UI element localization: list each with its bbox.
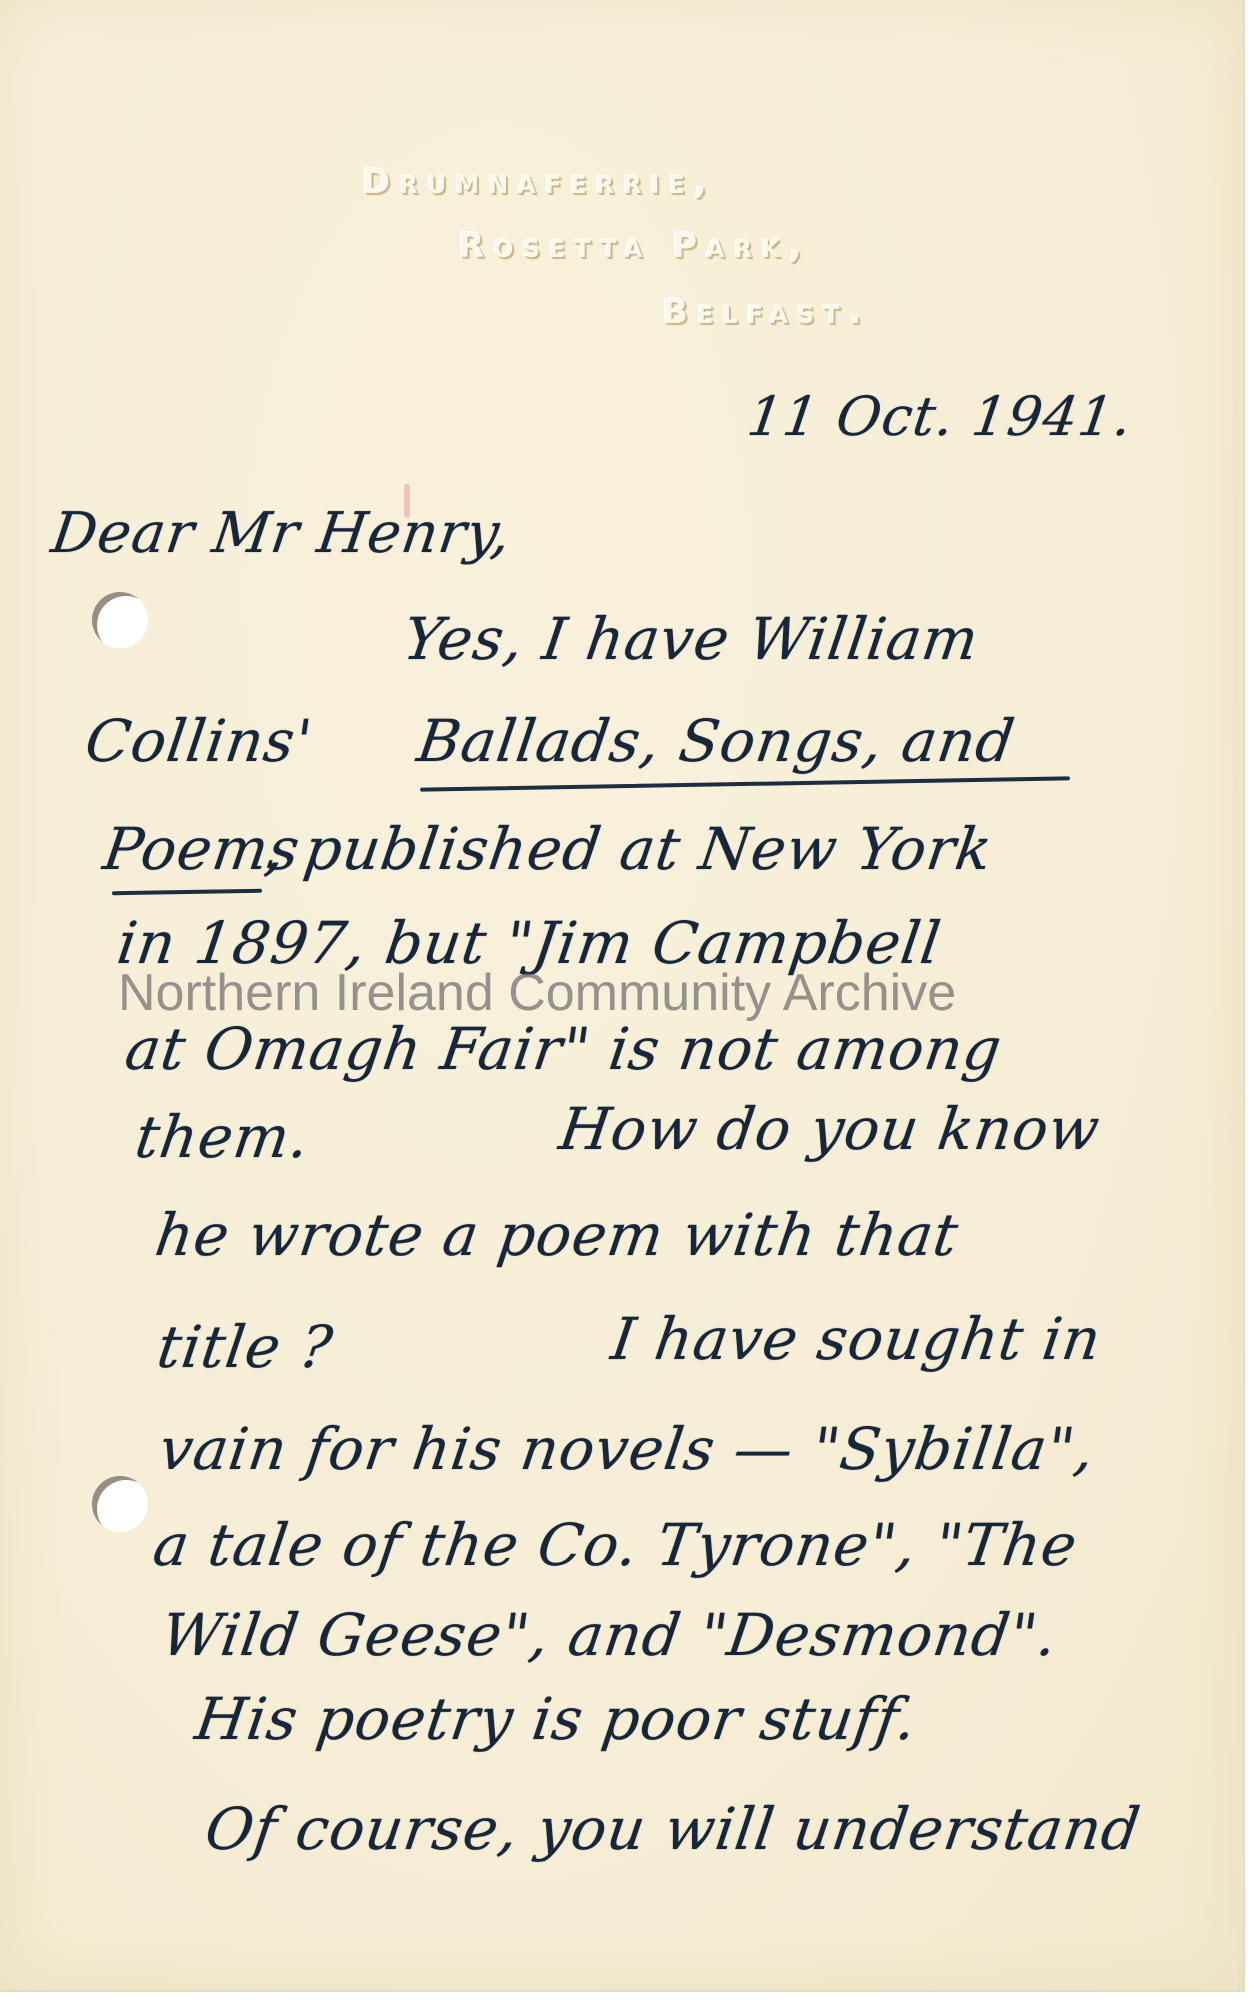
body-line-1: Yes, I have William xyxy=(400,610,983,668)
letterhead-house-name: Drumnaferrie, xyxy=(362,162,716,202)
letter-paper: Drumnaferrie, Rosetta Park, Belfast. 11 … xyxy=(0,0,1245,1992)
body-line-12: His poetry is poor stuff. xyxy=(192,1690,921,1748)
body-line-3: , published at New York xyxy=(262,820,996,878)
body-line-8a: title ? xyxy=(154,1318,337,1376)
scanned-letter: Drumnaferrie, Rosetta Park, Belfast. 11 … xyxy=(0,0,1254,2000)
letter-date: 11 Oct. 1941. xyxy=(744,390,1136,444)
body-line-10: a tale of the Co. Tyrone", "The xyxy=(150,1516,1081,1574)
book-title-part-1: Ballads, Songs, and xyxy=(414,712,1019,770)
punch-hole-bottom xyxy=(92,1476,148,1532)
body-line-9: vain for his novels — "Sybilla", xyxy=(156,1420,1099,1478)
book-title-underline-1 xyxy=(420,776,1070,791)
body-line-5: at Omagh Fair" is not among xyxy=(122,1020,1006,1078)
book-title-underline-2 xyxy=(112,889,262,896)
body-line-6a: them. xyxy=(132,1108,314,1166)
body-line-11: Wild Geese", and "Desmond". xyxy=(158,1606,1061,1664)
salutation: Dear Mr Henry, xyxy=(48,506,515,562)
letterhead-street: Rosetta Park, xyxy=(458,226,811,266)
body-line-7: he wrote a poem with that xyxy=(152,1206,962,1264)
body-line-2-author: Collins' xyxy=(82,712,316,770)
body-line-6b: How do you know xyxy=(556,1100,1104,1158)
archive-watermark: Northern Ireland Community Archive xyxy=(118,963,956,1023)
letterhead-city: Belfast. xyxy=(662,292,870,332)
body-line-13: Of course, you will understand xyxy=(202,1800,1144,1858)
punch-hole-top xyxy=(92,592,148,648)
body-line-8b: I have sought in xyxy=(608,1310,1105,1368)
